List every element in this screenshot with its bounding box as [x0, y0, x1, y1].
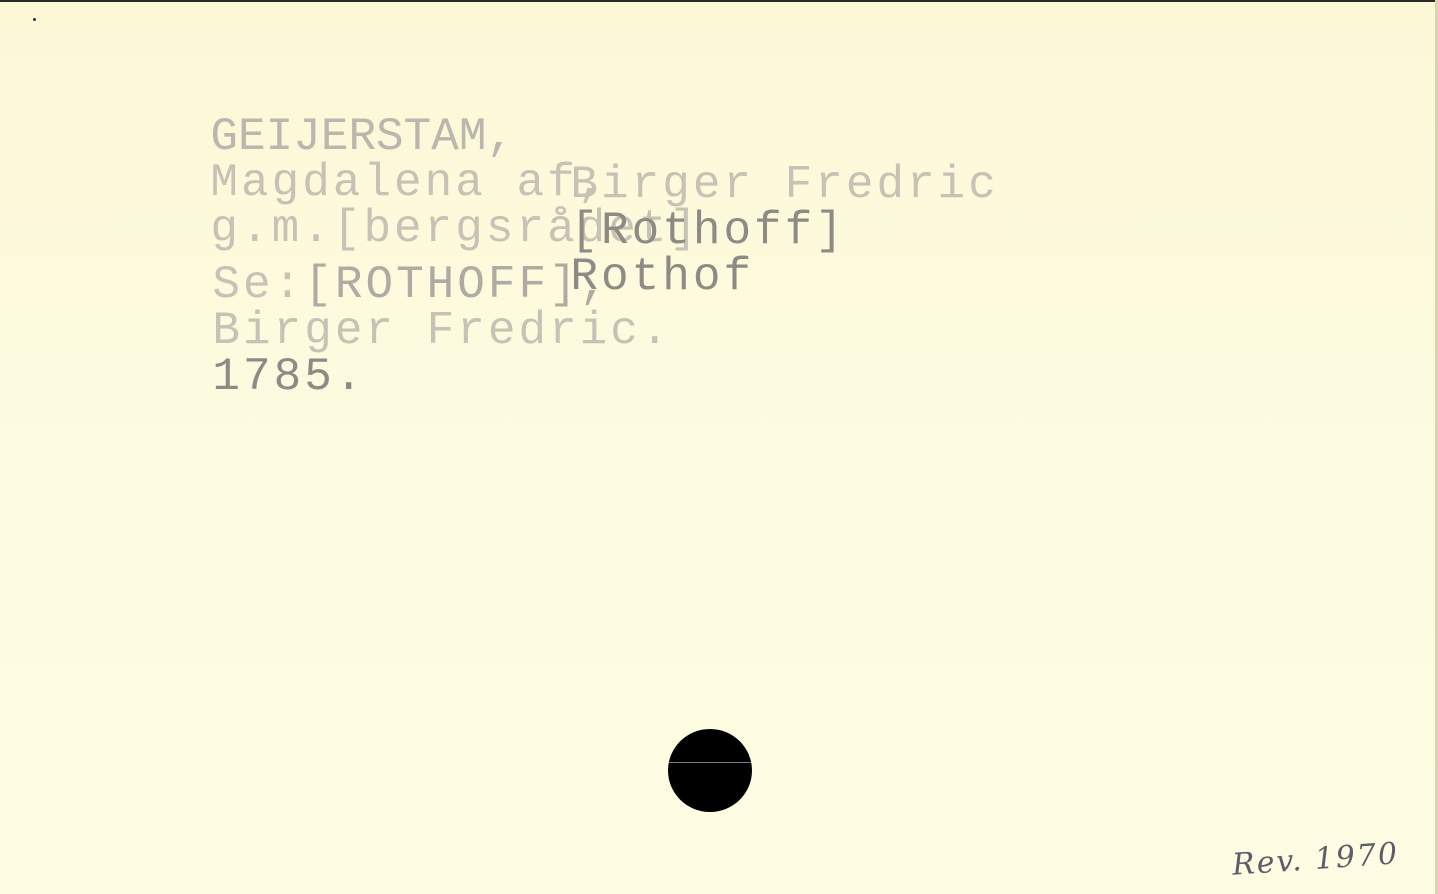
punch-hole — [668, 729, 752, 812]
see-target-given: Birger Fredric. — [212, 305, 671, 357]
spouse-given-name: Birger Fredric — [570, 159, 998, 211]
ink-speck — [33, 18, 36, 21]
see-reference-line: Se:[ROTHOFF], Birger Fredric. 1785. — [90, 216, 672, 446]
see-year: 1785. — [212, 351, 365, 403]
index-card: GEIJERSTAM, Magdalena af, g.m.[bergsråde… — [0, 0, 1438, 894]
see-prefix: Se: — [212, 259, 304, 311]
handwritten-revision-note: Rev. 1970 — [1231, 836, 1400, 883]
see-target-surname: [ROTHOFF], — [304, 259, 610, 311]
